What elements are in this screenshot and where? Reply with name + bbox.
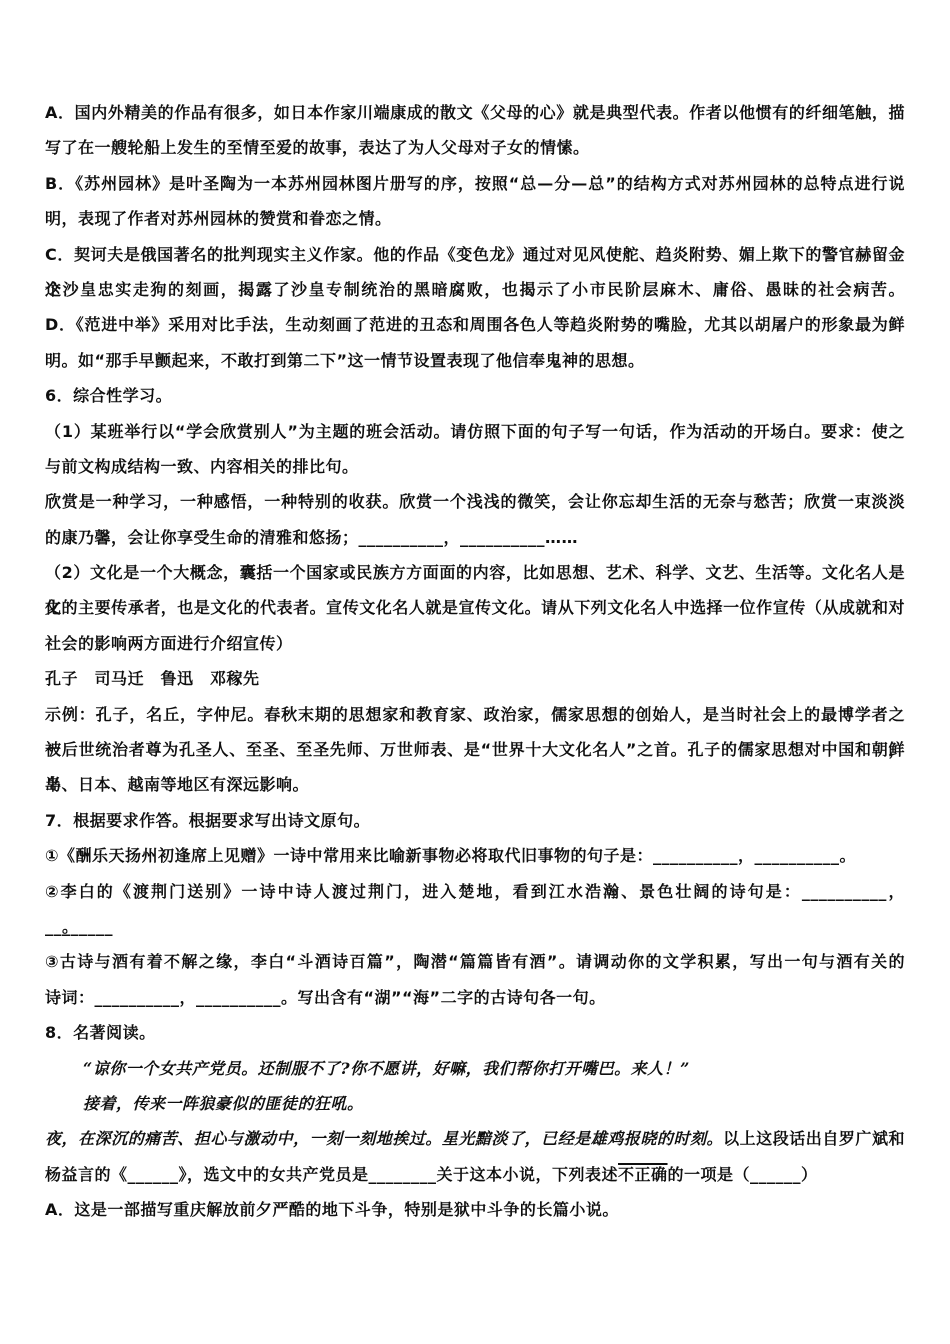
text-line: 6．综合性学习。: [45, 378, 905, 413]
text-line: 杨益言的《______》，选文中的女共产党员是________关于这本小说，下列…: [45, 1157, 905, 1192]
text-line: 孔子 司马迁 鲁迅 邓稼先: [45, 661, 905, 696]
text-line: 诗词：__________，__________。写出含有“湖”“海”二字的古诗…: [45, 980, 905, 1015]
emphasized-text: 不正确: [618, 1165, 668, 1184]
text-line: 7．根据要求作答。根据要求写出诗文原句。: [45, 803, 905, 838]
text-line: 被后世统治者尊为孔圣人、至圣、至圣先师、万世师表、是“世界十大文化名人”之首。孔…: [45, 732, 905, 767]
text-line: ②李白的《渡荆门送别》一诗中诗人渡过荆门，进入楚地，看到江水浩瀚、景色壮阔的诗句…: [45, 874, 905, 909]
text-line: 8．名著阅读。: [45, 1015, 905, 1050]
document-page: A．国内外精美的作品有很多，如日本作家川端康成的散文《父母的心》就是典型代表。作…: [0, 0, 950, 1344]
text-line: C．契诃夫是俄国著名的批判现实主义作家。他的作品《变色龙》通过对见风使舵、趋炎附…: [45, 237, 905, 272]
text-span: 夜，在深沉的痛苦、担心与激动中，一刻一刻地挨过。星光黯淡了，已经是雄鸡报晓的时刻…: [45, 1129, 723, 1148]
text-span: 杨益言的《______》，选文中的女共产党员是________关于这本小说，下列…: [45, 1165, 618, 1184]
text-line: “谅你一个女共产党员。还制服不了?你不愿讲，好嘛，我们帮你打开嘴巴。来人！”: [45, 1051, 905, 1086]
text-line: 写了在一艘轮船上发生的至情至爱的故事，表达了为人父母对子女的情愫。: [45, 130, 905, 165]
text-line: __。: [45, 909, 905, 944]
text-line: D．《范进中举》采用对比手法，生动刻画了范进的丑态和周围各色人等趋炎附势的嘴脸，…: [45, 307, 905, 342]
text-span: 以上这段话出自罗广斌和: [723, 1129, 905, 1148]
text-line: ①《酬乐天扬州初逢席上见赠》一诗中常用来比喻新事物必将取代旧事物的句子是：___…: [45, 838, 905, 873]
text-line: 与前文构成结构一致、内容相关的排比句。: [45, 449, 905, 484]
text-line: 化的主要传承者，也是文化的代表者。宣传文化名人就是宣传文化。请从下列文化名人中选…: [45, 590, 905, 625]
text-line: ③古诗与酒有着不解之缘，李白“斗酒诗百篇”，陶潜“篇篇皆有酒”。请调动你的文学积…: [45, 944, 905, 979]
text-line: 示例：孔子，名丘，字仲尼。春秋末期的思想家和教育家、政治家，儒家思想的创始人，是…: [45, 697, 905, 732]
text-line: 夜，在深沉的痛苦、担心与激动中，一刻一刻地挨过。星光黯淡了，已经是雄鸡报晓的时刻…: [45, 1121, 905, 1156]
text-line: （2）文化是一个大概念，囊括一个国家或民族方方面面的内容，比如思想、艺术、科学、…: [45, 555, 905, 590]
text-line: 社会的影响两方面进行介绍宣传）: [45, 626, 905, 661]
text-line: 的康乃馨，会让你享受生命的清雅和悠扬；__________，__________…: [45, 520, 905, 555]
text-line: （1）某班举行以“学会欣赏别人”为主题的班会活动。请仿照下面的句子写一句话，作为…: [45, 414, 905, 449]
text-line: A．这是一部描写重庆解放前夕严酷的地下斗争，特别是狱中斗争的长篇小说。: [45, 1192, 905, 1227]
text-line: 明。如“那手早颤起来，不敢打到第二下”这一情节设置表现了他信奉鬼神的思想。: [45, 343, 905, 378]
text-line: 岛、日本、越南等地区有深远影响。: [45, 767, 905, 802]
text-line: A．国内外精美的作品有很多，如日本作家川端康成的散文《父母的心》就是典型代表。作…: [45, 95, 905, 130]
text-line: 欣赏是一种学习，一种感悟，一种特别的收获。欣赏一个浅浅的微笑，会让你忘却生活的无…: [45, 484, 905, 519]
text-span: 的一项是（______）: [668, 1165, 818, 1184]
text-line: 个沙皇忠实走狗的刻画，揭露了沙皇专制统治的黑暗腐败，也揭示了小市民阶层麻木、庸俗…: [45, 272, 905, 307]
text-line: B．《苏州园林》是叶圣陶为一本苏州园林图片册写的序，按照“总—分—总”的结构方式…: [45, 166, 905, 201]
text-line: 接着，传来一阵狼豪似的匪徒的狂吼。: [45, 1086, 905, 1121]
text-line: 明，表现了作者对苏州园林的赞赏和眷恋之情。: [45, 201, 905, 236]
